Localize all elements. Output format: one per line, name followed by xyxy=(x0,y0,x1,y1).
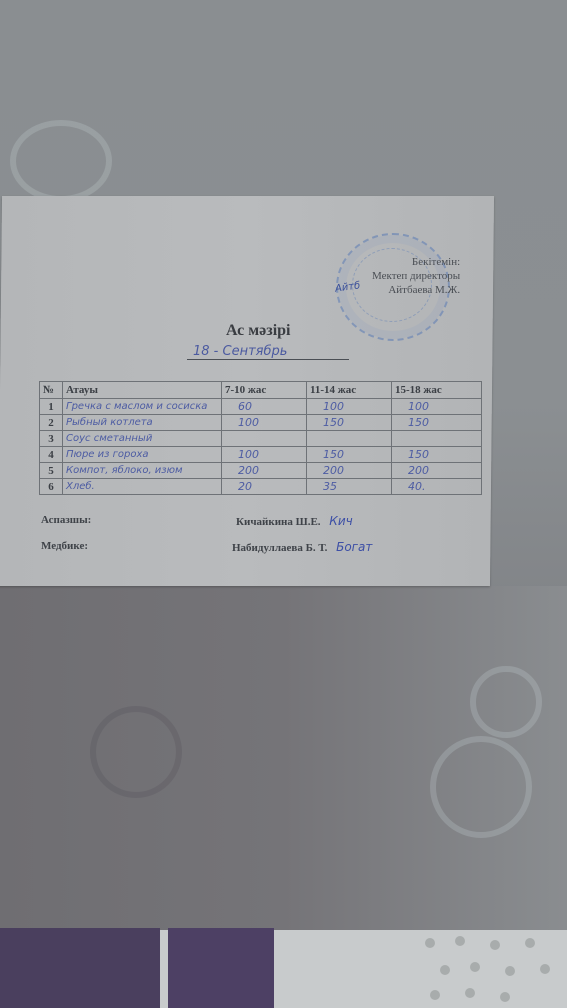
dish-name: Хлеб. xyxy=(63,479,222,495)
portion-11-14: 200 xyxy=(307,463,392,479)
portion-15-18: 40. xyxy=(392,479,482,495)
portion-7-10: 100 xyxy=(222,415,307,431)
col-name: Атауы xyxy=(63,382,222,399)
folder-ornament xyxy=(430,736,532,838)
portion-15-18: 100 xyxy=(392,399,482,415)
approval-line1: Бекітемін: xyxy=(372,255,460,269)
dish-name: Рыбный котлета xyxy=(63,415,222,431)
page-title: Ас мәзірі xyxy=(226,322,290,340)
portion-11-14: 100 xyxy=(307,399,392,415)
date-handwritten: 18 - Сентябрь xyxy=(187,344,349,360)
portion-11-14: 150 xyxy=(307,415,392,431)
portion-15-18: 150 xyxy=(392,447,482,463)
fabric xyxy=(0,928,160,1008)
portion-15-18 xyxy=(392,431,482,447)
table-row: 2 Рыбный котлета 100 150 150 xyxy=(40,415,482,431)
cook-name: Кичайкина Ш.Е. xyxy=(236,516,321,528)
nurse-label: Медбике: xyxy=(41,540,88,552)
col-age-7-10: 7-10 жас xyxy=(222,382,307,399)
row-number: 5 xyxy=(40,463,63,479)
nurse-name-row: Набидуллаева Б. Т. Богат xyxy=(232,540,372,554)
dish-name: Гречка с маслом и сосиска xyxy=(63,399,222,415)
table-row: 6 Хлеб. 20 35 40. xyxy=(40,479,482,495)
cook-signature: Кич xyxy=(329,514,352,528)
row-number: 4 xyxy=(40,447,63,463)
row-number: 1 xyxy=(40,399,63,415)
nurse-name: Набидуллаева Б. Т. xyxy=(232,542,327,554)
cook-name-row: Кичайкина Ш.Е. Кич xyxy=(236,514,353,528)
col-number: № xyxy=(40,382,63,399)
portion-7-10 xyxy=(222,431,307,447)
folder-ornament xyxy=(90,706,182,798)
table-row: 3 Соус сметанный xyxy=(40,431,482,447)
folder-cover xyxy=(0,586,567,930)
portion-15-18: 200 xyxy=(392,463,482,479)
portion-7-10: 60 xyxy=(222,399,307,415)
background-ornament xyxy=(10,120,112,202)
folder-ornament xyxy=(470,666,542,738)
dish-name: Компот, яблоко, изюм xyxy=(63,463,222,479)
table-row: 1 Гречка с маслом и сосиска 60 100 100 xyxy=(40,399,482,415)
cook-label: Аспазшы: xyxy=(41,514,91,526)
approval-block: Бекітемін: Мектеп директоры Айтбаева М.Ж… xyxy=(372,255,460,297)
row-number: 3 xyxy=(40,431,63,447)
row-number: 2 xyxy=(40,415,63,431)
nurse-signature-row: Медбике: xyxy=(41,540,88,552)
table-row: 5 Компот, яблоко, изюм 200 200 200 xyxy=(40,463,482,479)
nurse-signature: Богат xyxy=(336,540,372,554)
table-header-row: № Атауы 7-10 жас 11-14 жас 15-18 жас xyxy=(40,382,482,399)
fabric xyxy=(168,928,274,1008)
portion-7-10: 20 xyxy=(222,479,307,495)
portion-11-14: 150 xyxy=(307,447,392,463)
col-age-15-18: 15-18 жас xyxy=(392,382,482,399)
portion-11-14: 35 xyxy=(307,479,392,495)
table-row: 4 Пюре из гороха 100 150 150 xyxy=(40,447,482,463)
cook-signature-row: Аспазшы: xyxy=(41,514,91,526)
dish-name: Пюре из гороха xyxy=(63,447,222,463)
dish-name: Соус сметанный xyxy=(63,431,222,447)
approval-line2: Мектеп директоры xyxy=(372,269,460,283)
col-age-11-14: 11-14 жас xyxy=(307,382,392,399)
approval-line3: Айтбаева М.Ж. xyxy=(372,283,460,297)
portion-7-10: 100 xyxy=(222,447,307,463)
portion-7-10: 200 xyxy=(222,463,307,479)
portion-15-18: 150 xyxy=(392,415,482,431)
row-number: 6 xyxy=(40,479,63,495)
menu-table: № Атауы 7-10 жас 11-14 жас 15-18 жас 1 Г… xyxy=(39,381,482,495)
portion-11-14 xyxy=(307,431,392,447)
